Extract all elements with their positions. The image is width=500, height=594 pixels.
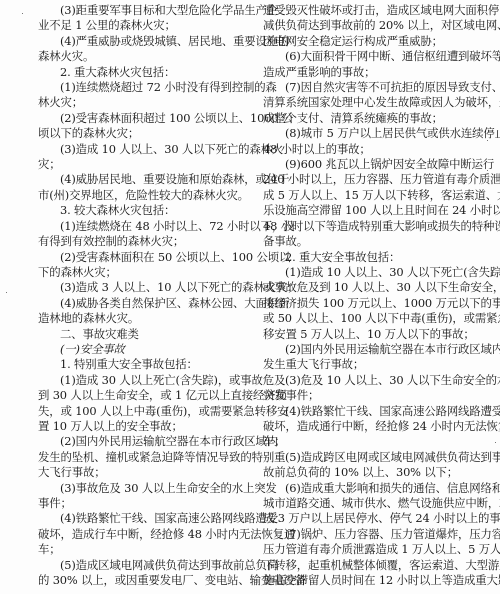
text-line: 发生的坠机、撞机或紧急迫降等情况导致的特别重	[38, 450, 244, 465]
text-line: 成整个支付、清算系统瘫痪的事故；	[263, 111, 469, 126]
text-line: 林火灾；	[38, 95, 244, 110]
text-line: (4)铁路繁忙干线、国家高速公路网线路遭受	[263, 404, 469, 419]
scan-speck	[22, 13, 23, 14]
text-line: (3)造成 10 人以上、30 人以下死亡的森林火	[38, 142, 244, 157]
text-line: 3. 较大森林火灾包括：	[38, 203, 244, 218]
text-line: 清算系统国家处理中心发生故障或因人为破坏，造	[263, 95, 469, 110]
text-line: (7)因自然灾害等不可抗拒的原因导致支付、	[263, 80, 469, 95]
text-line: 突发事件；	[263, 388, 469, 403]
text-line: 成 5 万人以上、15 万人以下转移，客运索道、大型游	[263, 188, 469, 203]
text-line: (1)造成 30 人以上死亡(含失踪)，或事故危及	[38, 373, 244, 388]
text-line: 48 小时以上的事故；	[263, 142, 469, 157]
text-line: (3)距重要军事目标和大型危险化学品生产企	[38, 3, 244, 18]
text-line: 压力管道有毒介质泄露造成 1 万人以上、5 万人以	[263, 542, 469, 557]
text-line: 破坏，造成通行中断，经抢修 24 小时内无法恢复通	[263, 419, 469, 434]
text-line: (6)大面积骨干网中断、通信枢纽遭到破坏等	[263, 49, 469, 64]
text-line: (2)国内外民用运输航空器在本市行政区域内	[263, 342, 469, 357]
text-line: (2)受害森林面积超过 100 公顷以上、1000 公	[38, 111, 244, 126]
text-line: 240 小时以上，压力容器、压力管道有毒介质泄露造	[263, 172, 469, 187]
text-line: 2. 重大森林火灾包括：	[38, 65, 244, 80]
text-line: 下转移，起重机械整体倾覆，客运索道、大型游乐设	[263, 558, 469, 573]
text-line: 减供负荷达到事故前的 20% 以上，对区域电网、跨	[263, 18, 469, 33]
text-line: 顷以下的森林火灾；	[38, 126, 244, 141]
text-line: 区电网安全稳定运行构成严重威胁；	[263, 34, 469, 49]
text-line: 市(州)交界地区，危险性较大的森林火灾。	[38, 188, 244, 203]
text-line: (4)威胁各类自然保护区、森林公园、大面积新	[38, 296, 244, 311]
scan-speck	[6, 292, 7, 293]
text-line: 事件；	[38, 496, 244, 511]
text-line: 1. 特别重大安全事故包括：	[38, 357, 244, 372]
text-line: 故前总负荷的 10% 以上、30% 以下；	[263, 465, 469, 480]
text-line: 遭受毁灭性破坏或打击，造成区域电网大面积停电，	[263, 3, 469, 18]
text-line: 2. 重大安全事故包括：	[263, 250, 469, 265]
text-line: 车；	[38, 542, 244, 557]
text-line: 施高空滞留人员时间在 12 小时以上等造成重大影	[263, 573, 469, 588]
text-line: 破坏，造成行车中断，经抢修 48 小时内无法恢复通	[38, 527, 244, 542]
text-line: (1)造成 10 人以上、30 人以下死亡(含失踪)，	[263, 265, 469, 280]
scan-speck	[487, 170, 488, 171]
text-line: (9)600 兆瓦以上锅炉因安全故障中断运行	[263, 157, 469, 172]
text-line: 业不足 1 公里的森林火灾；	[38, 18, 244, 33]
text-line: 下的森林火灾；	[38, 265, 244, 280]
text-line: (1)连续燃烧在 48 小时以上、72 小时以下，没	[38, 219, 244, 234]
text-line: 失，或 100 人以上中毒(重伤)，或需要紧急转移安	[38, 404, 244, 419]
text-line: (5)造成区域电网减供负荷达到事故前总负荷	[38, 558, 244, 573]
text-line: 到 30 人以上生命安全，或 1 亿元以上直接经济损	[38, 388, 244, 403]
scanned-document-page: (3)距重要军事目标和大型危险化学品生产企业不足 1 公里的森林火灾；(4)严重…	[0, 0, 500, 594]
text-line: 森林火灾。	[38, 49, 244, 64]
text-line: 备事故。	[263, 234, 469, 249]
right-text-column: 遭受毁灭性破坏或打击，造成区域电网大面积停电，减供负荷达到事故前的 20% 以上…	[263, 3, 469, 588]
text-line: 大飞行事故；	[38, 465, 244, 480]
text-line: 成 3 万户以上居民停水、停气 24 小时以上的事故；	[263, 511, 469, 526]
text-line: 或 50 人以上、100 人以下中毒(重伤)，或需紧急转	[263, 311, 469, 326]
text-line: 造成严重影响的事故；	[263, 65, 469, 80]
text-line: 车；	[263, 434, 469, 449]
text-line: 二、事故灾难类	[38, 327, 244, 342]
text-line: (3)事故危及 30 人以上生命安全的水上突发	[38, 481, 244, 496]
text-line: 或事故危及到 10 人以上、30 人以下生命安全，或直	[263, 280, 469, 295]
text-line: 的 30% 以上，或因重要发电厂、变电站、输变电设备	[38, 573, 244, 588]
scan-speck	[495, 442, 496, 443]
text-line: 置 10 万人以上的安全事故；	[38, 419, 244, 434]
text-line: (7)锅炉、压力容器、压力管道爆炸，压力容器、	[263, 527, 469, 542]
text-line: (4)威胁居民地、重要设施和原始森林，或位于	[38, 172, 244, 187]
text-line: 灾；	[38, 157, 244, 172]
text-line: (3)危及 10 人以上、30 人以下生命安全的水上	[263, 373, 469, 388]
scan-speck	[487, 140, 488, 141]
text-line: (4)铁路繁忙干线、国家高速公路网线路遭受	[38, 511, 244, 526]
text-line: (2)受害森林面积在 50 公顷以上、100 公顷以	[38, 250, 244, 265]
text-line: 接经济损失 100 万元以上、1000 万元以下的事故，	[263, 296, 469, 311]
text-line: (2)国内外民用运输航空器在本市行政区域内	[38, 434, 244, 449]
text-line: 有得到有效控制的森林火灾；	[38, 234, 244, 249]
text-line: 移安置 5 万人以上、10 万人以下的事故；	[263, 327, 469, 342]
scan-speck	[495, 413, 496, 414]
text-line: 造林地的森林火灾。	[38, 311, 244, 326]
text-line: (5)造成跨区电网或区域电网减供负荷达到事	[263, 450, 469, 465]
text-line: 城市道路交通、城市供水、燃气设施供应中断，或造	[263, 496, 469, 511]
text-line: (6)造成重大影响和损失的通信、信息网络和	[263, 481, 469, 496]
text-line: 乐设施高空滞留 100 人以上且时间在 24 小时以上、	[263, 203, 469, 218]
text-line: 48 小时以下等造成特别重大影响或损失的特种设	[263, 219, 469, 234]
text-line: (4)严重威胁或烧毁城镇、居民地、重要设施的	[38, 34, 244, 49]
text-line: 发生重大飞行事故；	[263, 357, 469, 372]
text-line: (一)安全事故	[38, 342, 244, 357]
left-text-column: (3)距重要军事目标和大型危险化学品生产企业不足 1 公里的森林火灾；(4)严重…	[38, 3, 244, 588]
text-line: (3)造成 3 人以上、10 人以下死亡的森林火灾；	[38, 280, 244, 295]
text-line: (1)连续燃烧超过 72 小时没有得到控制的森	[38, 80, 244, 95]
text-line: (8)城市 5 万户以上居民供气或供水连续停止	[263, 126, 469, 141]
